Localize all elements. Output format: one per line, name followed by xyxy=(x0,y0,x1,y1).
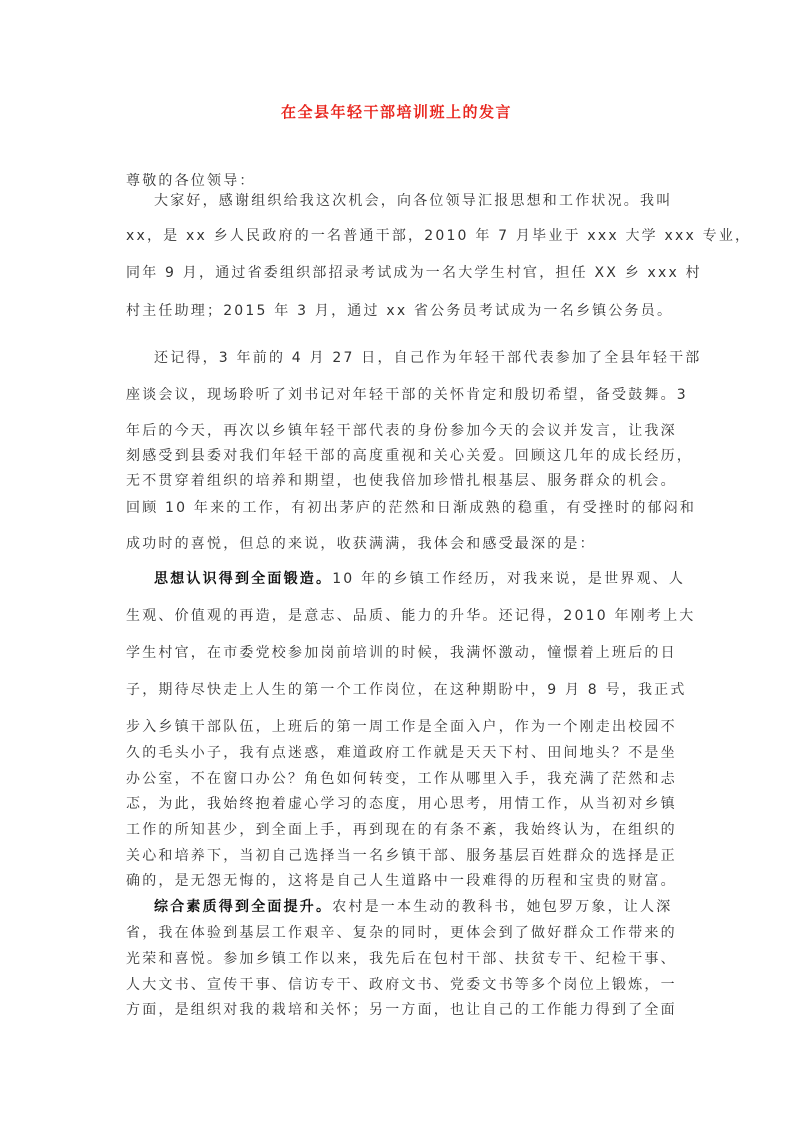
document-title: 在全县年轻干部培训班上的发言 xyxy=(0,101,793,122)
line-text: 座谈会议，现场聆听了刘书记对年轻干部的关怀肯定和殷切希望，备受鼓舞。3 xyxy=(126,387,688,403)
line-text: 生观、价值观的再造，是意志、品质、能力的升华。还记得，2010 年刚考上大 xyxy=(126,608,695,624)
paragraph-line: 学生村官，在市委党校参加岗前培训的时候，我满怀激动，憧憬着上班后的日 xyxy=(126,642,672,662)
document-page: 在全县年轻干部培训班上的发言 尊敬的各位领导： 大家好，感谢组织给我这次机会，向… xyxy=(0,0,793,1122)
paragraph-line: 省，我在体验到基层工作艰辛、复杂的同时，更体会到了做好群众工作带来的 xyxy=(126,922,672,942)
line-text: 步入乡镇干部队伍，上班后的第一周工作是全面入户，作为一个刚走出校园不 xyxy=(126,719,677,735)
line-text: 大家好，感谢组织给我这次机会，向各位领导汇报思想和工作状况。我叫 xyxy=(154,193,672,209)
line-text: 光荣和喜悦。参加乡镇工作以来，我先后在包村干部、扶贫专干、纪检干事、 xyxy=(126,951,677,967)
paragraph-line: 生观、价值观的再造，是意志、品质、能力的升华。还记得，2010 年刚考上大 xyxy=(126,605,672,625)
paragraph-line: 无不贯穿着组织的培养和期望，也使我倍加珍惜扎根基层、服务群众的机会。 xyxy=(126,470,672,490)
paragraph-line: 思想认识得到全面锻造。10 年的乡镇工作经历，对我来说，是世界观、人 xyxy=(154,568,672,588)
paragraph-line: 忑，为此，我始终抱着虚心学习的态度，用心思考，用情工作，从当初对乡镇 xyxy=(126,793,672,813)
paragraph-line: 年后的今天，再次以乡镇年轻干部代表的身份参加今天的会议并发言，让我深 xyxy=(126,420,672,440)
line-text: 省，我在体验到基层工作艰辛、复杂的同时，更体会到了做好群众工作带来的 xyxy=(126,925,677,941)
paragraph-line: 步入乡镇干部队伍，上班后的第一周工作是全面入户，作为一个刚走出校园不 xyxy=(126,716,672,736)
line-text: 关心和培养下，当初自己选择当一名乡镇干部、服务基层百姓群众的选择是正 xyxy=(126,848,677,864)
paragraph-line: xx，是 xx 乡人民政府的一名普通干部，2010 年 7 月毕业于 xxx 大… xyxy=(126,225,672,245)
paragraph-line: 人大文书、宣传干事、信访专干、政府文书、党委文书等多个岗位上锻炼，一 xyxy=(126,974,672,994)
paragraph-line: 光荣和喜悦。参加乡镇工作以来，我先后在包村干部、扶贫专干、纪检干事、 xyxy=(126,948,672,968)
line-text: 农村是一本生动的教科书，她包罗万象，让人深 xyxy=(332,899,672,915)
paragraph-line: 工作的所知甚少，到全面上手，再到现在的有条不紊，我始终认为，在组织的 xyxy=(126,819,672,839)
line-text: 年后的今天，再次以乡镇年轻干部代表的身份参加今天的会议并发言，让我深 xyxy=(126,423,677,439)
line-text: 人大文书、宣传干事、信访专干、政府文书、党委文书等多个岗位上锻炼，一 xyxy=(126,977,677,993)
line-text: 学生村官，在市委党校参加岗前培训的时候，我满怀激动，憧憬着上班后的日 xyxy=(126,645,677,661)
line-text: 无不贯穿着组织的培养和期望，也使我倍加珍惜扎根基层、服务群众的机会。 xyxy=(126,473,677,489)
paragraph-line: 成功时的喜悦，但总的来说，收获满满，我体会和感受最深的是： xyxy=(126,533,672,553)
paragraph-line: 村主任助理；2015 年 3 月，通过 xx 省公务员考试成为一名乡镇公务员。 xyxy=(126,300,672,320)
line-text: 工作的所知甚少，到全面上手，再到现在的有条不紊，我始终认为，在组织的 xyxy=(126,822,677,838)
line-text: 成功时的喜悦，但总的来说，收获满满，我体会和感受最深的是： xyxy=(126,536,596,552)
section-heading: 综合素质得到全面提升。 xyxy=(154,899,332,915)
paragraph-line: 方面，是组织对我的栽培和关怀；另一方面，也让自己的工作能力得到了全面 xyxy=(126,999,672,1019)
paragraph-line: 还记得，3 年前的 4 月 27 日，自己作为年轻干部代表参加了全县年轻干部 xyxy=(154,347,672,367)
line-text: xx，是 xx 乡人民政府的一名普通干部，2010 年 7 月毕业于 xxx 大… xyxy=(126,228,751,244)
paragraph-line: 关心和培养下，当初自己选择当一名乡镇干部、服务基层百姓群众的选择是正 xyxy=(126,845,672,865)
line-text: 10 年的乡镇工作经历，对我来说，是世界观、人 xyxy=(332,571,685,587)
paragraph-line: 久的毛头小子，我有点迷惑，难道政府工作就是天天下村、田间地头？不是坐 xyxy=(126,742,672,762)
paragraph-line: 刻感受到县委对我们年轻干部的高度重视和关心关爱。回顾这几年的成长经历， xyxy=(126,445,672,465)
line-text: 同年 9 月，通过省委组织部招录考试成为一名大学生村官，担任 XX 乡 xxx … xyxy=(126,265,702,281)
paragraph-line: 回顾 10 年来的工作，有初出茅庐的茫然和日渐成熟的稳重，有受挫时的郁闷和 xyxy=(126,497,672,517)
line-text: 久的毛头小子，我有点迷惑，难道政府工作就是天天下村、田间地头？不是坐 xyxy=(126,745,677,761)
line-text: 回顾 10 年来的工作，有初出茅庐的茫然和日渐成熟的稳重，有受挫时的郁闷和 xyxy=(126,500,696,516)
paragraph-line: 综合素质得到全面提升。农村是一本生动的教科书，她包罗万象，让人深 xyxy=(154,896,672,916)
line-text: 刻感受到县委对我们年轻干部的高度重视和关心关爱。回顾这几年的成长经历， xyxy=(126,448,693,464)
line-text: 村主任助理；2015 年 3 月，通过 xx 省公务员考试成为一名乡镇公务员。 xyxy=(126,303,673,319)
paragraph-line: 办公室，不在窗口办公？角色如何转变，工作从哪里入手，我充满了茫然和忐 xyxy=(126,768,672,788)
paragraph-line: 确的，是无怨无悔的，这将是自己人生道路中一段难得的历程和宝贵的财富。 xyxy=(126,870,672,890)
line-text: 还记得，3 年前的 4 月 27 日，自己作为年轻干部代表参加了全县年轻干部 xyxy=(154,350,701,366)
section-heading: 思想认识得到全面锻造。 xyxy=(154,571,332,587)
line-text: 确的，是无怨无悔的，这将是自己人生道路中一段难得的历程和宝贵的财富。 xyxy=(126,873,677,889)
line-text: 方面，是组织对我的栽培和关怀；另一方面，也让自己的工作能力得到了全面 xyxy=(126,1002,677,1018)
salutation: 尊敬的各位领导： xyxy=(126,170,672,190)
line-text: 办公室，不在窗口办公？角色如何转变，工作从哪里入手，我充满了茫然和忐 xyxy=(126,771,677,787)
paragraph-line: 座谈会议，现场聆听了刘书记对年轻干部的关怀肯定和殷切希望，备受鼓舞。3 xyxy=(126,384,672,404)
paragraph-line: 同年 9 月，通过省委组织部招录考试成为一名大学生村官，担任 XX 乡 xxx … xyxy=(126,262,672,282)
line-text: 子，期待尽快走上人生的第一个工作岗位，在这种期盼中，9 月 8 号，我正式 xyxy=(126,682,687,698)
paragraph-line: 子，期待尽快走上人生的第一个工作岗位，在这种期盼中，9 月 8 号，我正式 xyxy=(126,679,672,699)
line-text: 忑，为此，我始终抱着虚心学习的态度，用心思考，用情工作，从当初对乡镇 xyxy=(126,796,677,812)
paragraph-line: 大家好，感谢组织给我这次机会，向各位领导汇报思想和工作状况。我叫 xyxy=(154,190,672,210)
